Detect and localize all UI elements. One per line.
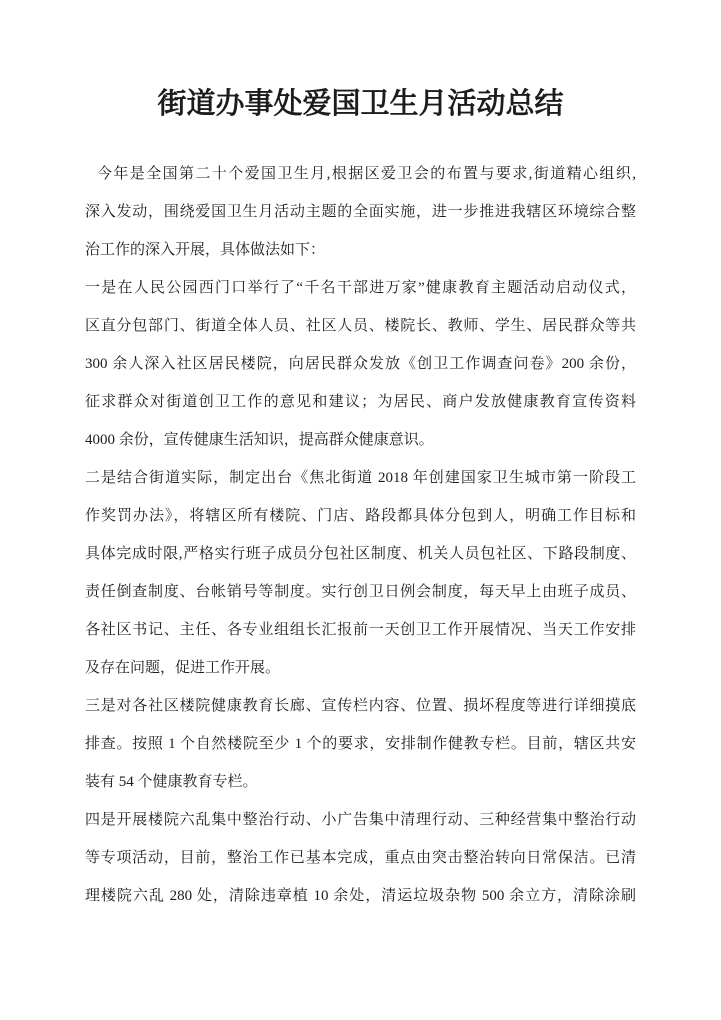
text-line: 作奖罚办法》，将辖区所有楼院、门店、路段都具体分包到人，明确工作目标和 [85,497,636,535]
text-line: 300 余人深入社区居民楼院，向居民群众发放《创卫工作调查问卷》200 余份， [85,345,636,383]
text-line: 4000 余份，宣传健康生活知识，提高群众健康意识。 [85,421,636,459]
text-line: 一是在人民公园西门口举行了“千名干部进万家”健康教育主题活动启动仪式， [85,269,636,307]
text-line: 深入发动，围绕爱国卫生月活动主题的全面实施，进一步推进我辖区环境综合整 [85,193,636,231]
text-line: 今年是全国第二十个爱国卫生月,根据区爱卫会的布置与要求,街道精心组织, [85,155,636,193]
paragraph-intro: 今年是全国第二十个爱国卫生月,根据区爱卫会的布置与要求,街道精心组织, 深入发动… [85,155,636,269]
text-line: 三是对各社区楼院健康教育长廊、宣传栏内容、位置、损坏程度等进行详细摸底 [85,687,636,725]
text-line: 等专项活动，目前，整治工作已基本完成，重点由突击整治转向日常保洁。已清 [85,839,636,877]
text-line: 治工作的深入开展，具体做法如下： [85,231,636,269]
text-line: 区直分包部门、街道全体人员、社区人员、楼院长、教师、学生、居民群众等共 [85,307,636,345]
text-line: 具体完成时限,严格实行班子成员分包社区制度、机关人员包社区、下路段制度、 [85,535,636,573]
text-line: 征求群众对街道创卫工作的意见和建议；为居民、商户发放健康教育宣传资料 [85,383,636,421]
paragraph-item-3: 三是对各社区楼院健康教育长廊、宣传栏内容、位置、损坏程度等进行详细摸底 排查。按… [85,687,636,801]
document-body: 今年是全国第二十个爱国卫生月,根据区爱卫会的布置与要求,街道精心组织, 深入发动… [85,155,636,915]
text-line: 排查。按照 1 个自然楼院至少 1 个的要求，安排制作健教专栏。目前，辖区共安 [85,725,636,763]
paragraph-item-2: 二是结合街道实际，制定出台《焦北街道 2018 年创建国家卫生城市第一阶段工 作… [85,459,636,687]
text-line: 各社区书记、主任、各专业组组长汇报前一天创卫工作开展情况、当天工作安排 [85,611,636,649]
page-title: 街道办事处爱国卫生月活动总结 [0,84,721,124]
text-line: 装有 54 个健康教育专栏。 [85,763,636,801]
paragraph-item-4: 四是开展楼院六乱集中整治行动、小广告集中清理行动、三种经营集中整治行动 等专项活… [85,801,636,915]
text-line: 及存在问题，促进工作开展。 [85,649,636,687]
text-line: 二是结合街道实际，制定出台《焦北街道 2018 年创建国家卫生城市第一阶段工 [85,459,636,497]
text-line: 责任倒查制度、台帐销号等制度。实行创卫日例会制度，每天早上由班子成员、 [85,573,636,611]
text-line: 理楼院六乱 280 处，清除违章植 10 余处，清运垃圾杂物 500 余立方，清… [85,877,636,915]
text-line: 四是开展楼院六乱集中整治行动、小广告集中清理行动、三种经营集中整治行动 [85,801,636,839]
document-page: 街道办事处爱国卫生月活动总结 今年是全国第二十个爱国卫生月,根据区爱卫会的布置与… [0,0,721,1020]
paragraph-item-1: 一是在人民公园西门口举行了“千名干部进万家”健康教育主题活动启动仪式， 区直分包… [85,269,636,459]
